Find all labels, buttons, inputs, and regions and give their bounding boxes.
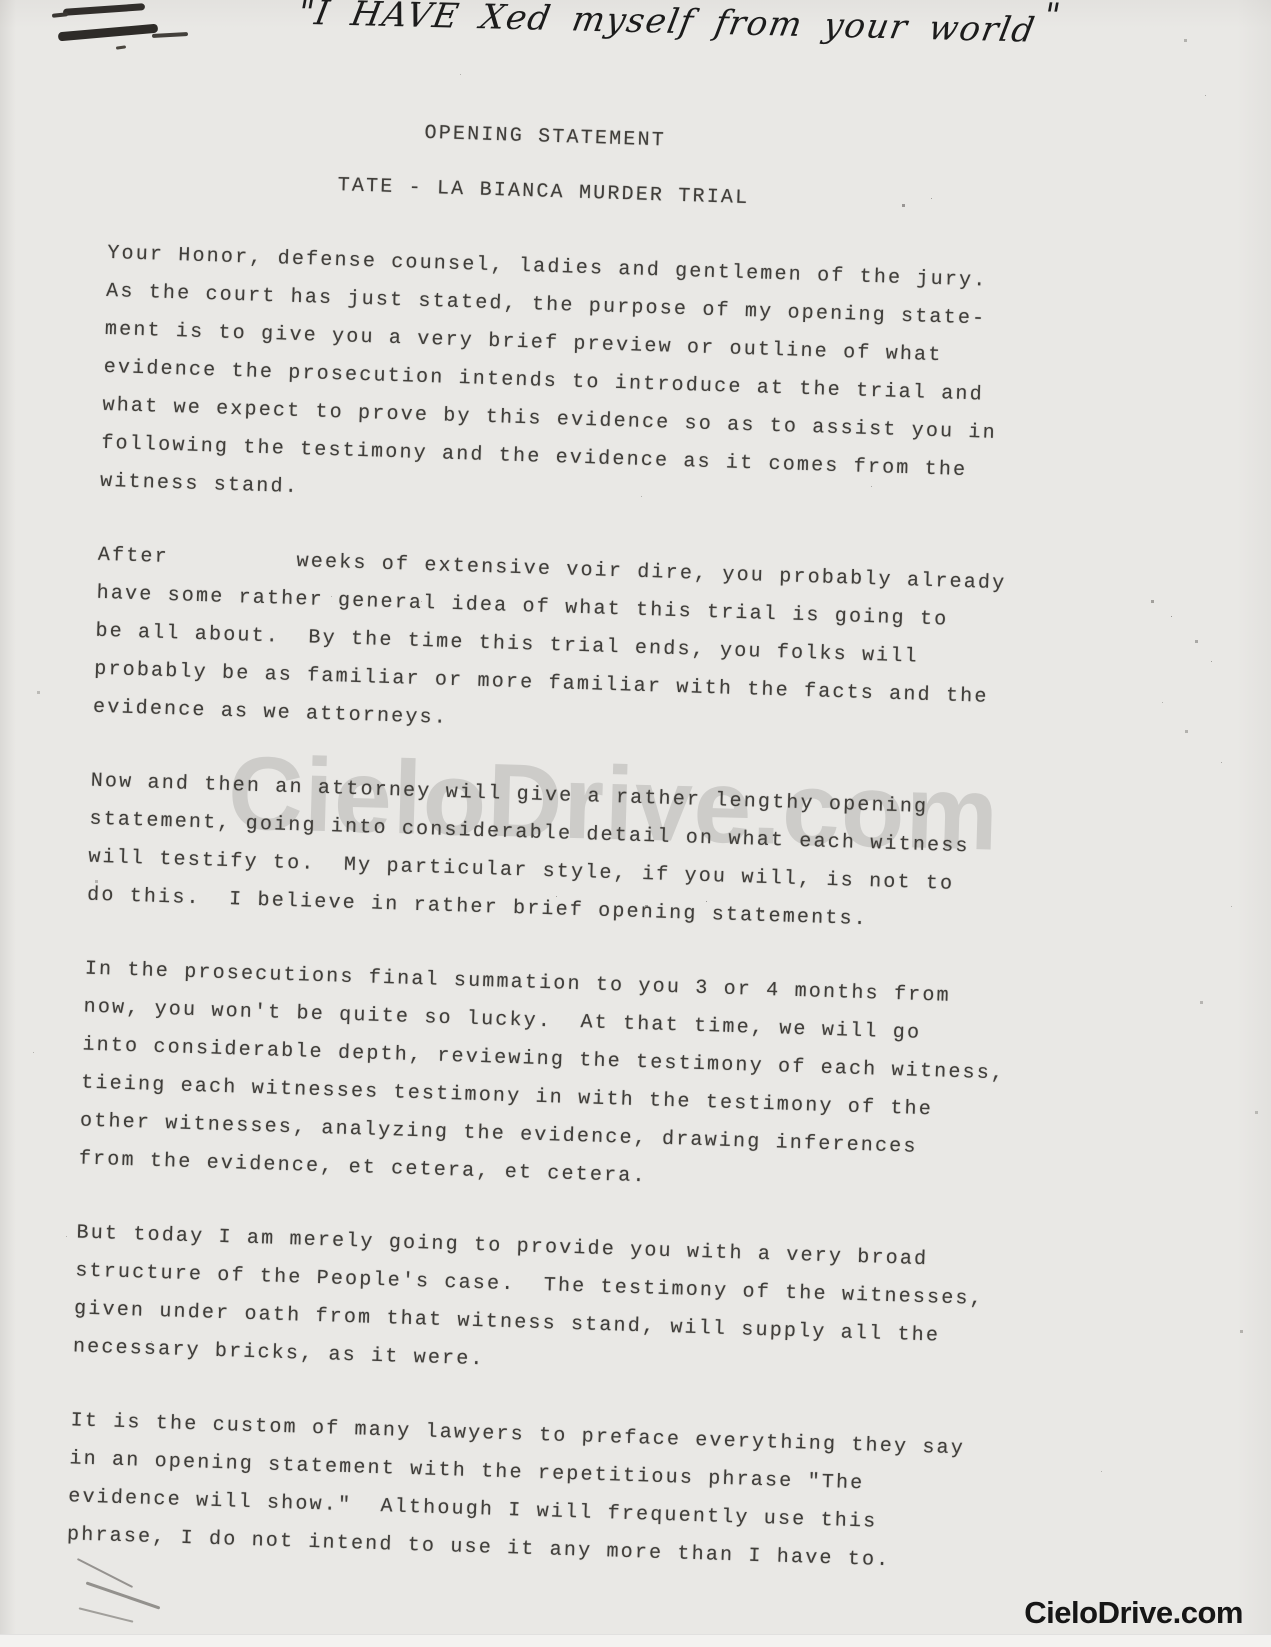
scanned-document-page: "I HAVE Xed myself from your world" Ciel… (0, 0, 1271, 1647)
handwritten-annotation-close-quote: " (1040, 0, 1064, 36)
pencil-scribble (79, 1607, 134, 1622)
ink-scribble (58, 24, 158, 42)
document-paragraph: But today I am merely going to provide y… (72, 1214, 1036, 1396)
page-title: OPENING STATEMENT (165, 107, 926, 169)
scan-noise (0, 0, 1, 1)
ink-scribble (63, 3, 145, 16)
paragraphs-container: Your Honor, defense counsel, ladies and … (66, 235, 1067, 1585)
document-paragraph: After weeks of extensive voir dire, you … (92, 537, 1057, 757)
handwritten-annotation: "I HAVE Xed myself from your world" (294, 0, 1061, 51)
document-paragraph: Your Honor, defense counsel, ladies and … (100, 235, 1068, 531)
scan-edge-strip (0, 1634, 1271, 1647)
document-body: OPENING STATEMENT TATE - LA BIANCA MURDE… (65, 105, 1071, 1620)
handwritten-annotation-text: "I HAVE Xed myself from your world (294, 0, 1038, 51)
ink-scribble (152, 32, 188, 38)
ink-scribble (116, 45, 126, 49)
ink-scribble (52, 12, 68, 18)
site-logo: CieloDrive.com (1024, 1595, 1243, 1631)
document-paragraph: It is the custom of many lawyers to pref… (66, 1402, 1030, 1584)
document-paragraph: Now and then an attorney will give a rat… (87, 763, 1051, 945)
page-subtitle: TATE - LA BIANCA MURDER TRIAL (163, 162, 924, 224)
document-paragraph: In the prosecutions final summation to y… (78, 951, 1045, 1209)
